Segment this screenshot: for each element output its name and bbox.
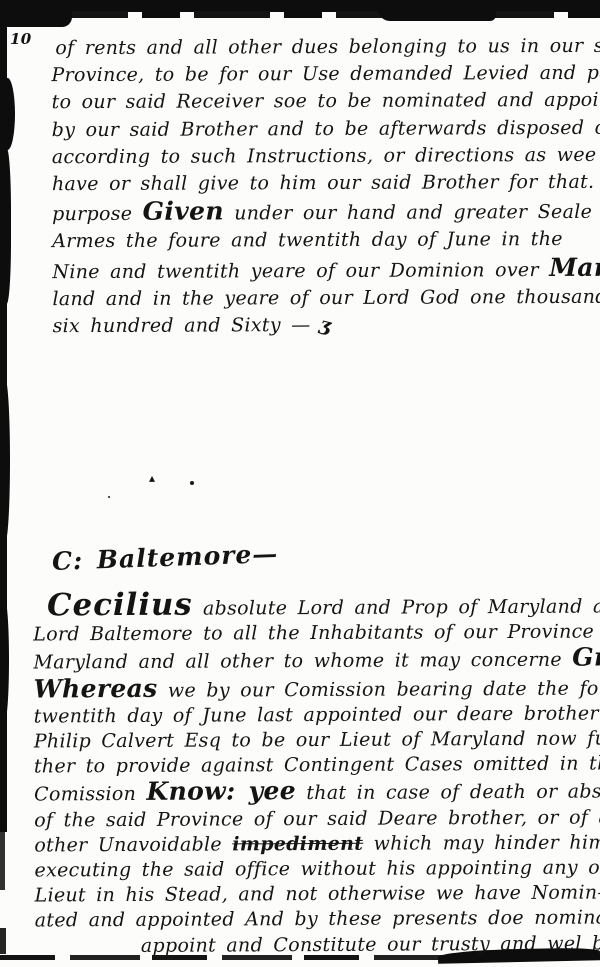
- text-line: executing the said office without his ap…: [34, 856, 594, 884]
- scan-artifact-left-blob: [0, 148, 11, 304]
- text-segment: Maryland and all other to whome it may c…: [33, 649, 572, 674]
- text-line: ated and appointed And by these presents…: [35, 906, 595, 934]
- text-line: Lieut in his Stead, and not otherwise we…: [35, 881, 595, 909]
- scan-artifact-left-blob: [0, 928, 6, 954]
- ink-speck: [190, 481, 194, 485]
- page-number: 10: [10, 30, 31, 48]
- text-line: appoint and Constitute our trusty and we…: [35, 931, 595, 959]
- text-segment: Comission: [34, 783, 146, 806]
- text-line: purpose Given under our hand and greater…: [52, 196, 592, 229]
- text-segment: impediment: [232, 833, 363, 856]
- text-segment: Cecilius: [47, 587, 193, 624]
- text-segment: Philip Calvert Esq to be our Lieut of Ma…: [34, 727, 600, 752]
- text-segment: that in case of death or absence out: [296, 780, 600, 804]
- caret-mark: ▴: [149, 471, 155, 485]
- scan-artifact-left-blob: [0, 378, 10, 543]
- text-segment: according to such Instructions, or direc…: [52, 143, 600, 168]
- text-segment: Province, to be for our Use demanded Lev…: [51, 62, 600, 87]
- text-segment: Know: yee: [146, 776, 296, 807]
- text-segment: under our hand and greater Seale at: [224, 201, 600, 225]
- text-segment: purpose: [52, 203, 143, 225]
- text-segment: ther to provide against Contingent Cases…: [34, 752, 600, 777]
- text-line: other Unavoidable impediment which may h…: [34, 830, 594, 858]
- text-segment: Nine and twentith yeare of our Dominion …: [52, 259, 549, 283]
- text-segment: executing the said office without his ap…: [34, 856, 600, 881]
- text-line: land and in the yeare of our Lord God on…: [52, 284, 592, 314]
- signature-baltemore: C: Baltemore—: [52, 539, 279, 576]
- text-segment: Armes the foure and twentith day of June…: [52, 228, 563, 252]
- text-line: according to such Instructions, or direc…: [52, 142, 592, 172]
- text-line: Lord Baltemore to all the Inhabitants of…: [33, 620, 593, 648]
- text-line: Cecilius absolute Lord and Prop of Maryl…: [33, 591, 593, 623]
- text-line: by our said Brother and to be afterwards…: [52, 114, 592, 144]
- text-line: have or shall give to him our said Broth…: [52, 169, 592, 199]
- text-segment: Whereas: [33, 672, 157, 703]
- text-segment: of rents and all other dues belonging to…: [55, 35, 600, 60]
- text-segment: of the said Province of our said Deare b…: [34, 806, 600, 831]
- scan-artifact-left-blob: [0, 78, 15, 150]
- text-line: Maryland and all other to whome it may c…: [33, 645, 593, 676]
- text-segment: appoint and Constitute our trusty and we…: [141, 932, 600, 957]
- text-line: Philip Calvert Esq to be our Lieut of Ma…: [34, 727, 594, 755]
- text-line: Whereas we by our Comission bearing date…: [33, 673, 593, 704]
- text-segment: by our said Brother and to be afterwards…: [52, 116, 600, 141]
- text-segment: Given: [143, 196, 224, 226]
- text-segment: Lord Baltemore to all the Inhabitants of…: [33, 621, 600, 646]
- text-segment: Mary: [549, 251, 600, 281]
- text-segment: land and in the yeare of our Lord God on…: [52, 286, 600, 310]
- text-segment: which may hinder him from: [363, 831, 600, 855]
- text-segment: to our said Receiver soe to be nominated…: [52, 89, 600, 114]
- manuscript-page: 10 of rents and all other dues belonging…: [0, 0, 600, 967]
- paragraph-royal-commission: of rents and all other dues belonging to…: [51, 33, 592, 341]
- scan-artifact-top-left-blob: [0, 0, 72, 27]
- text-segment: we by our Comission bearing date the fou…: [157, 677, 600, 702]
- text-segment: ated and appointed And by these presents…: [35, 907, 600, 932]
- ink-speck: [108, 496, 110, 498]
- text-line: ther to provide against Contingent Cases…: [34, 752, 594, 780]
- text-segment: have or shall give to him our said Broth…: [52, 171, 594, 195]
- text-line: twentith day of June last appointed our …: [34, 701, 594, 729]
- scan-artifact-top-right-blob: [378, 0, 496, 21]
- text-segment: twentith day of June last appointed our …: [34, 702, 600, 727]
- text-segment: Lieut in his Stead, and not otherwise we…: [35, 882, 600, 907]
- text-line: Nine and twentith yeare of our Dominion …: [52, 253, 592, 286]
- text-segment: six hundred and Sixty —: [53, 314, 311, 337]
- paragraph-cecilius-commission: Cecilius absolute Lord and Prop of Maryl…: [33, 591, 595, 960]
- scan-artifact-left-blob: [0, 598, 9, 722]
- text-segment: other Unavoidable: [34, 833, 232, 856]
- text-line: to our said Receiver soe to be nominated…: [52, 87, 592, 117]
- text-segment: absolute Lord and Prop of Maryland and A…: [193, 595, 600, 620]
- text-line: Province, to be for our Use demanded Lev…: [51, 60, 591, 90]
- text-segment: Greeting: [572, 641, 600, 672]
- text-line: of rents and all other dues belonging to…: [51, 33, 591, 63]
- scan-artifact-top-streaks: [0, 11, 600, 18]
- text-line: Armes the foure and twentith day of June…: [52, 226, 592, 256]
- scan-artifact-left-blob: [0, 828, 5, 890]
- text-line: Comission Know: yee that in case of deat…: [34, 777, 594, 808]
- text-line: of the said Province of our said Deare b…: [34, 805, 594, 833]
